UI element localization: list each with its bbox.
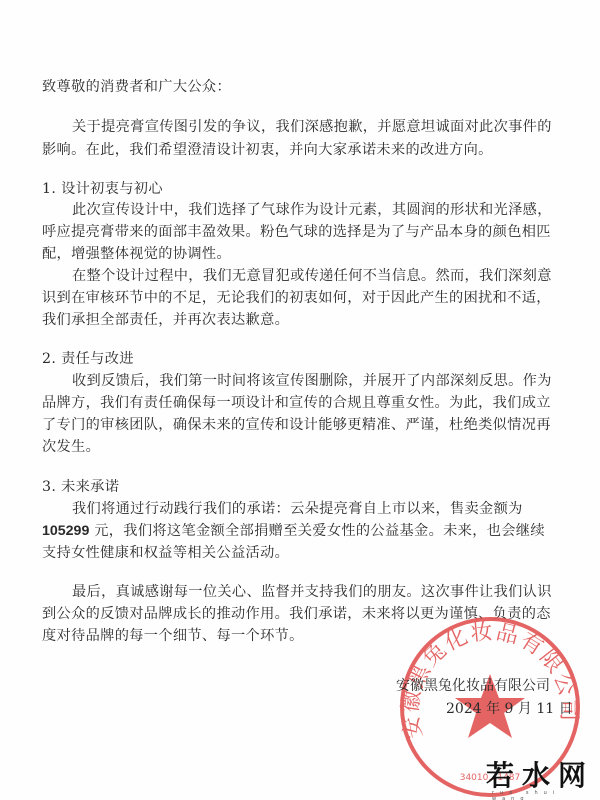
section-2-p1-line-4: 次发生。 [42, 436, 562, 458]
section-1-p1-line-2: 呼应提亮膏带来的面部丰盈效果。粉色气球的选择是为了与产品本身的颜色相匹 [42, 221, 562, 243]
section-2-p1-line-1: 收到反馈后，我们第一时间将该宣传图删除，并展开了内部深刻反思。作为 [72, 370, 592, 392]
site-watermark-subtext: ruo shui wang [492, 790, 600, 800]
salutation: 致尊敬的消费者和广大公众： [42, 76, 562, 98]
section-1-p1-line-1: 此次宣传设计中，我们选择了气球作为设计元素，其圆润的形状和光泽感， [72, 199, 592, 221]
section-1-p1-line-3: 配，增强整体视觉的协调性。 [42, 243, 562, 265]
signature-company: 安徽黑兔化妆品有限公司 [396, 676, 550, 696]
section-2-p1-line-3: 了专门的审核团队，确保未来的宣传和设计能够更精准、严谨，杜绝类似情况再 [42, 414, 562, 436]
section-1-p2-line-1: 在整个设计过程中，我们无意冒犯或传递任何不当信息。然而，我们深刻意 [72, 265, 592, 287]
closing-line-1: 最后，真诚感谢每一位关心、监督并支持我们的朋友。这次事件让我们认识 [72, 581, 592, 603]
intro-line-1: 关于提亮膏宣传图引发的争议，我们深感抱歉，并愿意坦诚面对此次事件的 [72, 116, 592, 138]
section-2-heading: 2. 责任与改进 [42, 348, 562, 370]
intro-line-2: 影响。在此，我们希望澄清设计初衷，并向大家承诺未来的改进方向。 [42, 139, 562, 161]
section-3-p1-line-1: 我们将通过行动践行我们的承诺：云朵提亮膏自上市以来，售卖金额为 [72, 498, 592, 520]
signature-date: 2024 年 9 月 11 日 [446, 699, 573, 719]
section-2-p1-line-2: 品牌方，我们有责任确保每一项设计和宣传的合规且尊重女性。为此，我们成立 [42, 392, 562, 414]
site-watermark: 若水网 [486, 754, 594, 794]
section-1-p2-line-2: 识到在审核环节中的不足，无论我们的初衷如何，对于因此产生的困扰和不适， [42, 287, 562, 309]
section-3-p1-line-2-text: 元，我们将这笔金额全部捐赠至关爱女性的公益基金。未来，也会继续 [94, 523, 545, 539]
letter-page: 致尊敬的消费者和广大公众： 关于提亮膏宣传图引发的争议，我们深感抱歉，并愿意坦诚… [0, 0, 600, 800]
section-1-heading: 1. 设计初衷与初心 [42, 178, 562, 200]
section-3-heading: 3. 未来承诺 [42, 476, 562, 498]
section-1-p2-line-3: 我们承担全部责任，并再次表达歉意。 [42, 309, 562, 331]
section-3-p1-line-3: 支持女性健康和权益等相关公益活动。 [42, 542, 562, 564]
section-3-p1-line-2: 105299 元，我们将这笔金额全部捐赠至关爱女性的公益基金。未来，也会继续 [42, 520, 562, 542]
donation-amount: 105299 [42, 523, 89, 539]
